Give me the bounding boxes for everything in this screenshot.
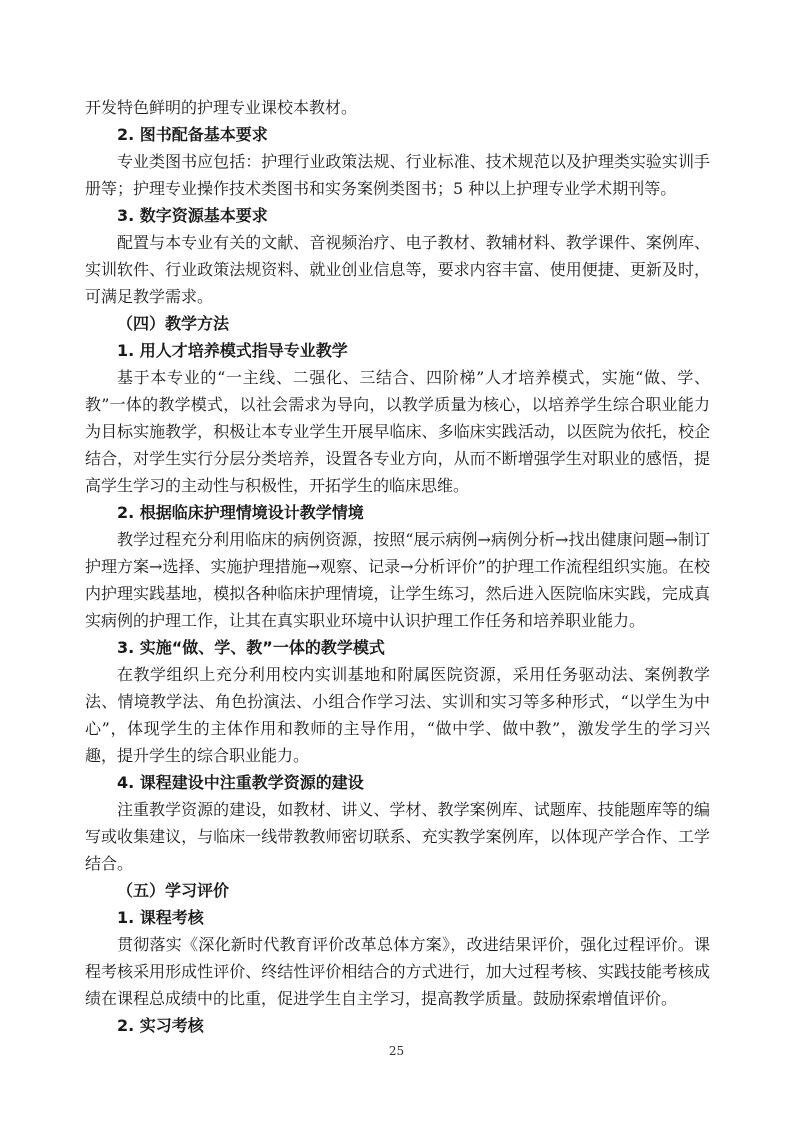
paragraph-textbook-continued: 开发特色鲜明的护理专业课校本教材。 bbox=[85, 94, 710, 121]
document-body: 开发特色鲜明的护理专业课校本教材。 2. 图书配备基本要求 专业类图书应包括：护… bbox=[85, 94, 710, 1039]
subsection-heading-talent-model: 1. 用人才培养模式指导专业教学 bbox=[85, 337, 710, 364]
page-number: 25 bbox=[0, 1044, 793, 1058]
subsection-heading-digital-resources: 3. 数字资源基本要求 bbox=[85, 202, 710, 229]
subsection-heading-books-requirements: 2. 图书配备基本要求 bbox=[85, 121, 710, 148]
paragraph-digital-resources: 配置与本专业有关的文献、音视频治疗、电子教材、教辅材料、教学课件、案例库、实训软… bbox=[85, 229, 710, 310]
section-heading-teaching-methods: （四）教学方法 bbox=[85, 310, 710, 337]
paragraph-course-assessment: 贯彻落实《深化新时代教育评价改革总体方案》，改进结果评价，强化过程评价。课程考核… bbox=[85, 931, 710, 1012]
subsection-heading-do-learn-teach: 3. 实施“做、学、教”一体的教学模式 bbox=[85, 634, 710, 661]
paragraph-do-learn-teach: 在教学组织上充分利用校内实训基地和附属医院资源，采用任务驱动法、案例教学法、情境… bbox=[85, 661, 710, 769]
paragraph-books-requirements: 专业类图书应包括：护理行业政策法规、行业标准、技术规范以及护理类实验实训手册等；… bbox=[85, 148, 710, 202]
paragraph-course-resources: 注重教学资源的建设，如教材、讲义、学材、教学案例库、试题库、技能题库等的编写或收… bbox=[85, 796, 710, 877]
subsection-heading-course-resources: 4. 课程建设中注重教学资源的建设 bbox=[85, 769, 710, 796]
subsection-heading-internship-assessment: 2. 实习考核 bbox=[85, 1012, 710, 1039]
document-page: 开发特色鲜明的护理专业课校本教材。 2. 图书配备基本要求 专业类图书应包括：护… bbox=[0, 0, 793, 1122]
subsection-heading-clinical-situations: 2. 根据临床护理情境设计教学情境 bbox=[85, 499, 710, 526]
subsection-heading-course-assessment: 1. 课程考核 bbox=[85, 904, 710, 931]
paragraph-talent-model: 基于本专业的“一主线、二强化、三结合、四阶梯”人才培养模式，实施“做、学、教”一… bbox=[85, 364, 710, 499]
section-heading-learning-evaluation: （五）学习评价 bbox=[85, 877, 710, 904]
paragraph-clinical-situations: 教学过程充分利用临床的病例资源，按照“展示病例→病例分析→找出健康问题→制订护理… bbox=[85, 526, 710, 634]
